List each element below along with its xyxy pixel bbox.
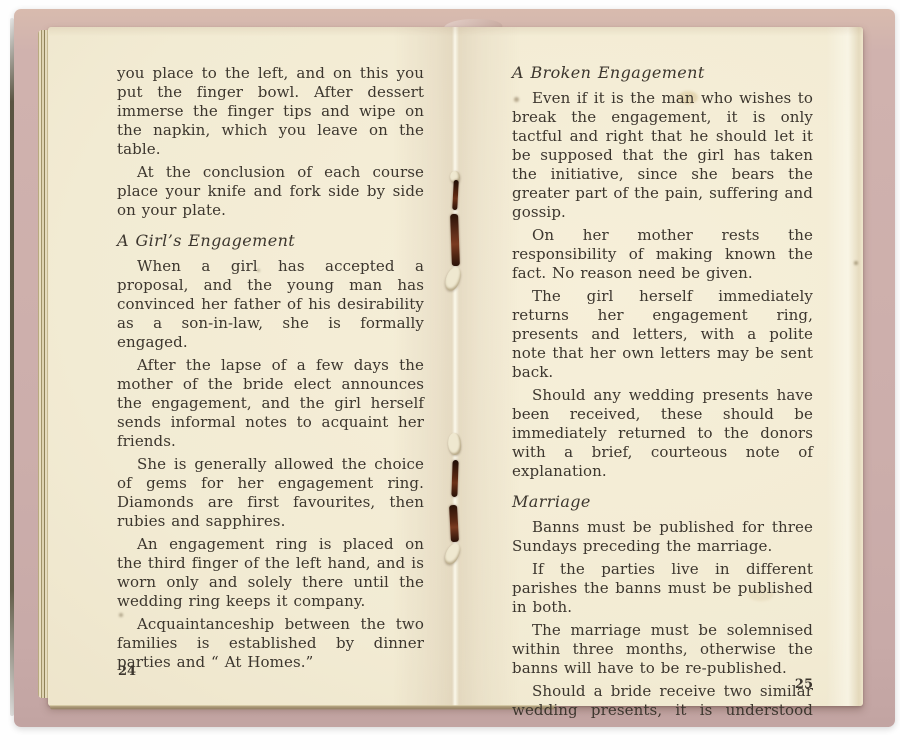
section-heading-a-broken-engagement: A Broken Engagement xyxy=(512,63,813,82)
page-number-left: 24 xyxy=(118,664,136,679)
page-bottom-edge xyxy=(50,705,555,710)
cover-spine-edge xyxy=(10,18,14,716)
paragraph: Should any wedding presents have been re… xyxy=(512,386,813,481)
paragraph: She is generally allowed the choice of g… xyxy=(117,455,424,531)
paragraph: The girl herself immediately returns her… xyxy=(512,287,813,382)
page-number-right: 25 xyxy=(512,677,813,692)
open-pages: you place to the left, and on this you p… xyxy=(48,27,863,706)
section-heading-a-girls-engagement: A Girl’s Engagement xyxy=(117,231,424,250)
paper-curl xyxy=(446,432,463,456)
page-stack-edges xyxy=(38,30,49,698)
paragraph: At the conclusion of each course place y… xyxy=(117,163,424,220)
staple-icon xyxy=(449,505,459,542)
paragraph: An engagement ring is placed on the thir… xyxy=(117,535,424,611)
paragraph: Even if it is the man who wishes to brea… xyxy=(512,89,813,222)
paragraph: The marriage must be solemnised within t… xyxy=(512,621,813,678)
staple-icon xyxy=(450,214,460,266)
paper-curl xyxy=(443,266,462,293)
paragraph: If the parties live in different parishe… xyxy=(512,560,813,617)
paragraph: Acquaintanceship between the two familie… xyxy=(117,615,424,672)
right-page-text: A Broken Engagement Even if it is the ma… xyxy=(512,63,813,724)
left-page-text: you place to the left, and on this you p… xyxy=(117,64,424,676)
paragraph: On her mother rests the responsibility o… xyxy=(512,226,813,283)
staple-icon xyxy=(452,180,459,210)
paragraph: you place to the left, and on this you p… xyxy=(117,64,424,159)
paper-stain xyxy=(854,261,858,265)
staple-icon xyxy=(451,460,458,497)
paragraph: Banns must be published for three Sunday… xyxy=(512,518,813,556)
section-heading-marriage: Marriage xyxy=(512,492,813,511)
paragraph: After the lapse of a few days the mother… xyxy=(117,356,424,451)
book-scan: you place to the left, and on this you p… xyxy=(0,0,900,750)
paragraph: When a girl has accepted a proposal, and… xyxy=(117,257,424,352)
paper-curl xyxy=(443,541,463,566)
